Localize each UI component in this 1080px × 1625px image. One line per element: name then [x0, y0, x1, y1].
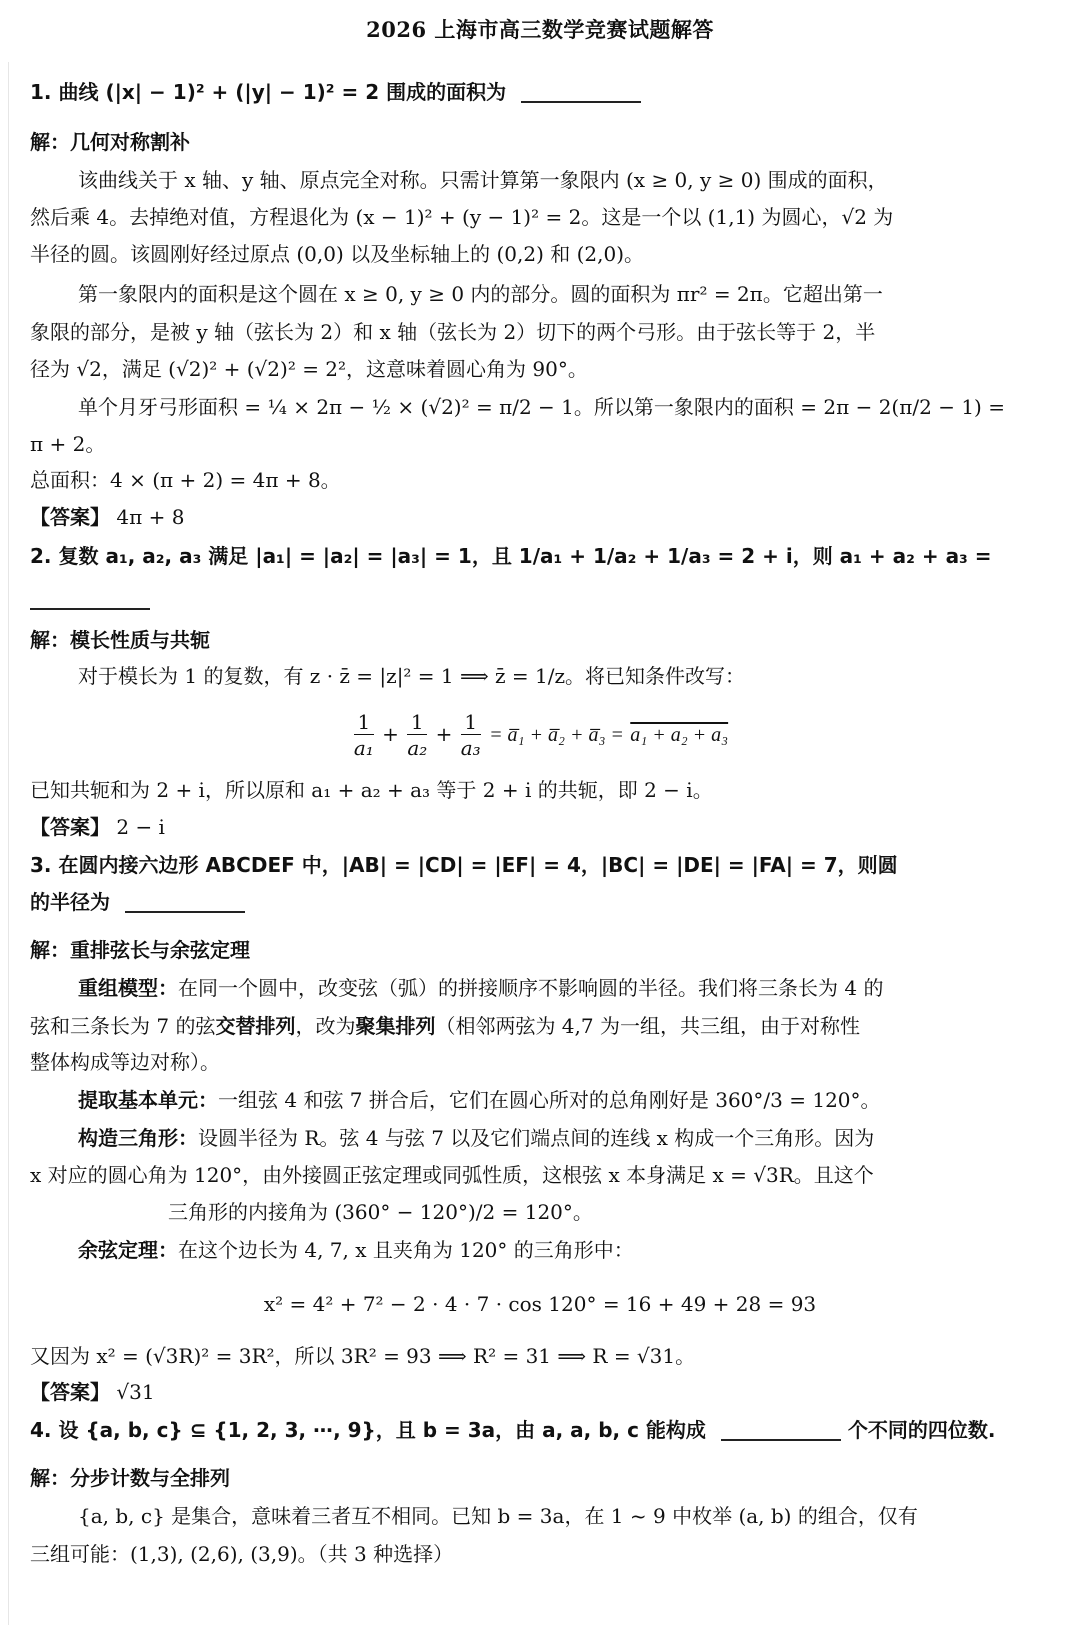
- problem-2-question: 2. 复数 a₁, a₂, a₃ 满足 |a₁| = |a₂| = |a₃| =…: [30, 542, 992, 570]
- question-text: 复数 a₁, a₂, a₃ 满足 |a₁| = |a₂| = |a₃| = 1，…: [58, 544, 991, 568]
- answer-value: √31: [116, 1380, 154, 1404]
- answer-value: 2 − i: [116, 815, 165, 839]
- document-title: 2026 上海市高三数学竞赛试题解答: [0, 14, 1080, 44]
- fraction: 1a₁: [354, 710, 374, 761]
- solution-line: 三组可能：(1,3), (2,6), (3,9)。（共 3 种选择）: [30, 1540, 453, 1568]
- question-text: 设 {a, b, c} ⊆ {1, 2, 3, ⋯, 9}，且 b = 3a，由…: [58, 1418, 705, 1442]
- question-text: 曲线 (|x| − 1)² + (|y| − 1)² = 2 围成的面积为: [58, 80, 506, 104]
- solution-line: 三角形的内接角为 (360° − 120°)/2 = 120°。: [168, 1198, 593, 1226]
- solution-line: 构造三角形：设圆半径为 R。弦 4 与弦 7 以及它们端点间的连线 x 构成一个…: [78, 1124, 874, 1152]
- solution-line: 径为 √2，满足 (√2)² + (√2)² = 2²，这意味着圆心角为 90°…: [30, 355, 588, 383]
- solution-line: 余弦定理：在这个边长为 4, 7, x 且夹角为 120° 的三角形中：: [78, 1236, 634, 1264]
- problem-2-method: 解：模长性质与共轭: [30, 626, 210, 654]
- answer-blank: [125, 911, 245, 913]
- solution-line: 重组模型：在同一个圆中，改变弦（弧）的拼接顺序不影响圆的半径。我们将三条长为 4…: [78, 974, 883, 1002]
- solution-line: 整体构成等边对称）。: [30, 1048, 220, 1076]
- solution-line: 象限的部分，是被 y 轴（弦长为 2）和 x 轴（弦长为 2）切下的两个弓形。由…: [30, 318, 875, 346]
- solution-line: 对于模长为 1 的复数，有 z · z̄ = |z|² = 1 ⟹ z̄ = 1…: [78, 662, 745, 690]
- solution-line: 又因为 x² = (√3R)² = 3R²，所以 3R² = 93 ⟹ R² =…: [30, 1342, 695, 1370]
- problem-1-answer: 【答案】 4π + 8: [30, 503, 184, 531]
- display-equation: 1a₁ + 1a₂ + 1a₃ = a̅₁ + a̅₂ + a̅₃ = a₁ +…: [0, 710, 1080, 761]
- solution-line: 半径的圆。该圆刚好经过原点 (0,0) 以及坐标轴上的 (0,2) 和 (2,0…: [30, 240, 644, 268]
- solution-line: 提取基本单元：一组弦 4 和弦 7 拼合后，它们在圆心所对的总角刚好是 360°…: [78, 1086, 881, 1114]
- answer-blank: [30, 608, 150, 610]
- problem-number: 1.: [30, 80, 52, 104]
- question-text: 在圆内接六边形 ABCDEF 中，|AB| = |CD| = |EF| = 4，…: [58, 853, 897, 877]
- problem-1-question: 1. 曲线 (|x| − 1)² + (|y| − 1)² = 2 围成的面积为: [30, 78, 641, 106]
- answer-label: 【答案】: [30, 1380, 110, 1404]
- problem-4-question: 4. 设 {a, b, c} ⊆ {1, 2, 3, ⋯, 9}，且 b = 3…: [30, 1416, 995, 1444]
- problem-1-method: 解：几何对称割补: [30, 128, 190, 156]
- solution-line: 该曲线关于 x 轴、y 轴、原点完全对称。只需计算第一象限内 (x ≥ 0, y…: [78, 166, 888, 194]
- solution-line: 第一象限内的面积是这个圆在 x ≥ 0, y ≥ 0 内的部分。圆的面积为 πr…: [78, 280, 883, 308]
- answer-label: 【答案】: [30, 815, 110, 839]
- solution-line: {a, b, c} 是集合，意味着三者互不相同。已知 b = 3a，在 1 ~ …: [78, 1502, 918, 1530]
- answer-value: 4π + 8: [116, 505, 184, 529]
- total-area-line: 总面积：4 × (π + 2) = 4π + 8。: [30, 466, 341, 494]
- solution-line: 弦和三条长为 7 的弦交替排列，改为聚集排列（相邻两弦为 4,7 为一组，共三组…: [30, 1012, 860, 1040]
- solution-line: 然后乘 4。去掉绝对值，方程退化为 (x − 1)² + (y − 1)² = …: [30, 203, 893, 231]
- solution-line: 单个月牙弓形面积 = ¼ × 2π − ½ × (√2)² = π/2 − 1。…: [78, 393, 1005, 421]
- problem-3-question: 3. 在圆内接六边形 ABCDEF 中，|AB| = |CD| = |EF| =…: [30, 851, 898, 879]
- answer-blank: [521, 101, 641, 103]
- page-border: [8, 62, 9, 1625]
- solution-line: x 对应的圆心角为 120°，由外接圆正弦定理或同弧性质，这根弦 x 本身满足 …: [30, 1161, 874, 1189]
- problem-3-answer: 【答案】 √31: [30, 1378, 155, 1406]
- display-equation: x² = 4² + 7² − 2 · 4 · 7 · cos 120° = 16…: [0, 1290, 1080, 1318]
- fraction: 1a₂: [407, 710, 427, 761]
- solution-line: 已知共轭和为 2 + i，所以原和 a₁ + a₂ + a₃ 等于 2 + i …: [30, 776, 713, 804]
- answer-label: 【答案】: [30, 505, 110, 529]
- problem-3-question-cont: 的半径为: [30, 888, 245, 916]
- problem-number: 2.: [30, 544, 52, 568]
- problem-number: 4.: [30, 1418, 52, 1442]
- problem-4-method: 解：分步计数与全排列: [30, 1464, 230, 1492]
- problem-2-blank-row: [30, 585, 150, 613]
- fraction: 1a₃: [461, 710, 481, 761]
- problem-2-answer: 【答案】 2 − i: [30, 813, 165, 841]
- solution-line: π + 2。: [30, 430, 105, 458]
- answer-blank: [721, 1439, 841, 1441]
- problem-3-method: 解：重排弦长与余弦定理: [30, 936, 250, 964]
- problem-number: 3.: [30, 853, 52, 877]
